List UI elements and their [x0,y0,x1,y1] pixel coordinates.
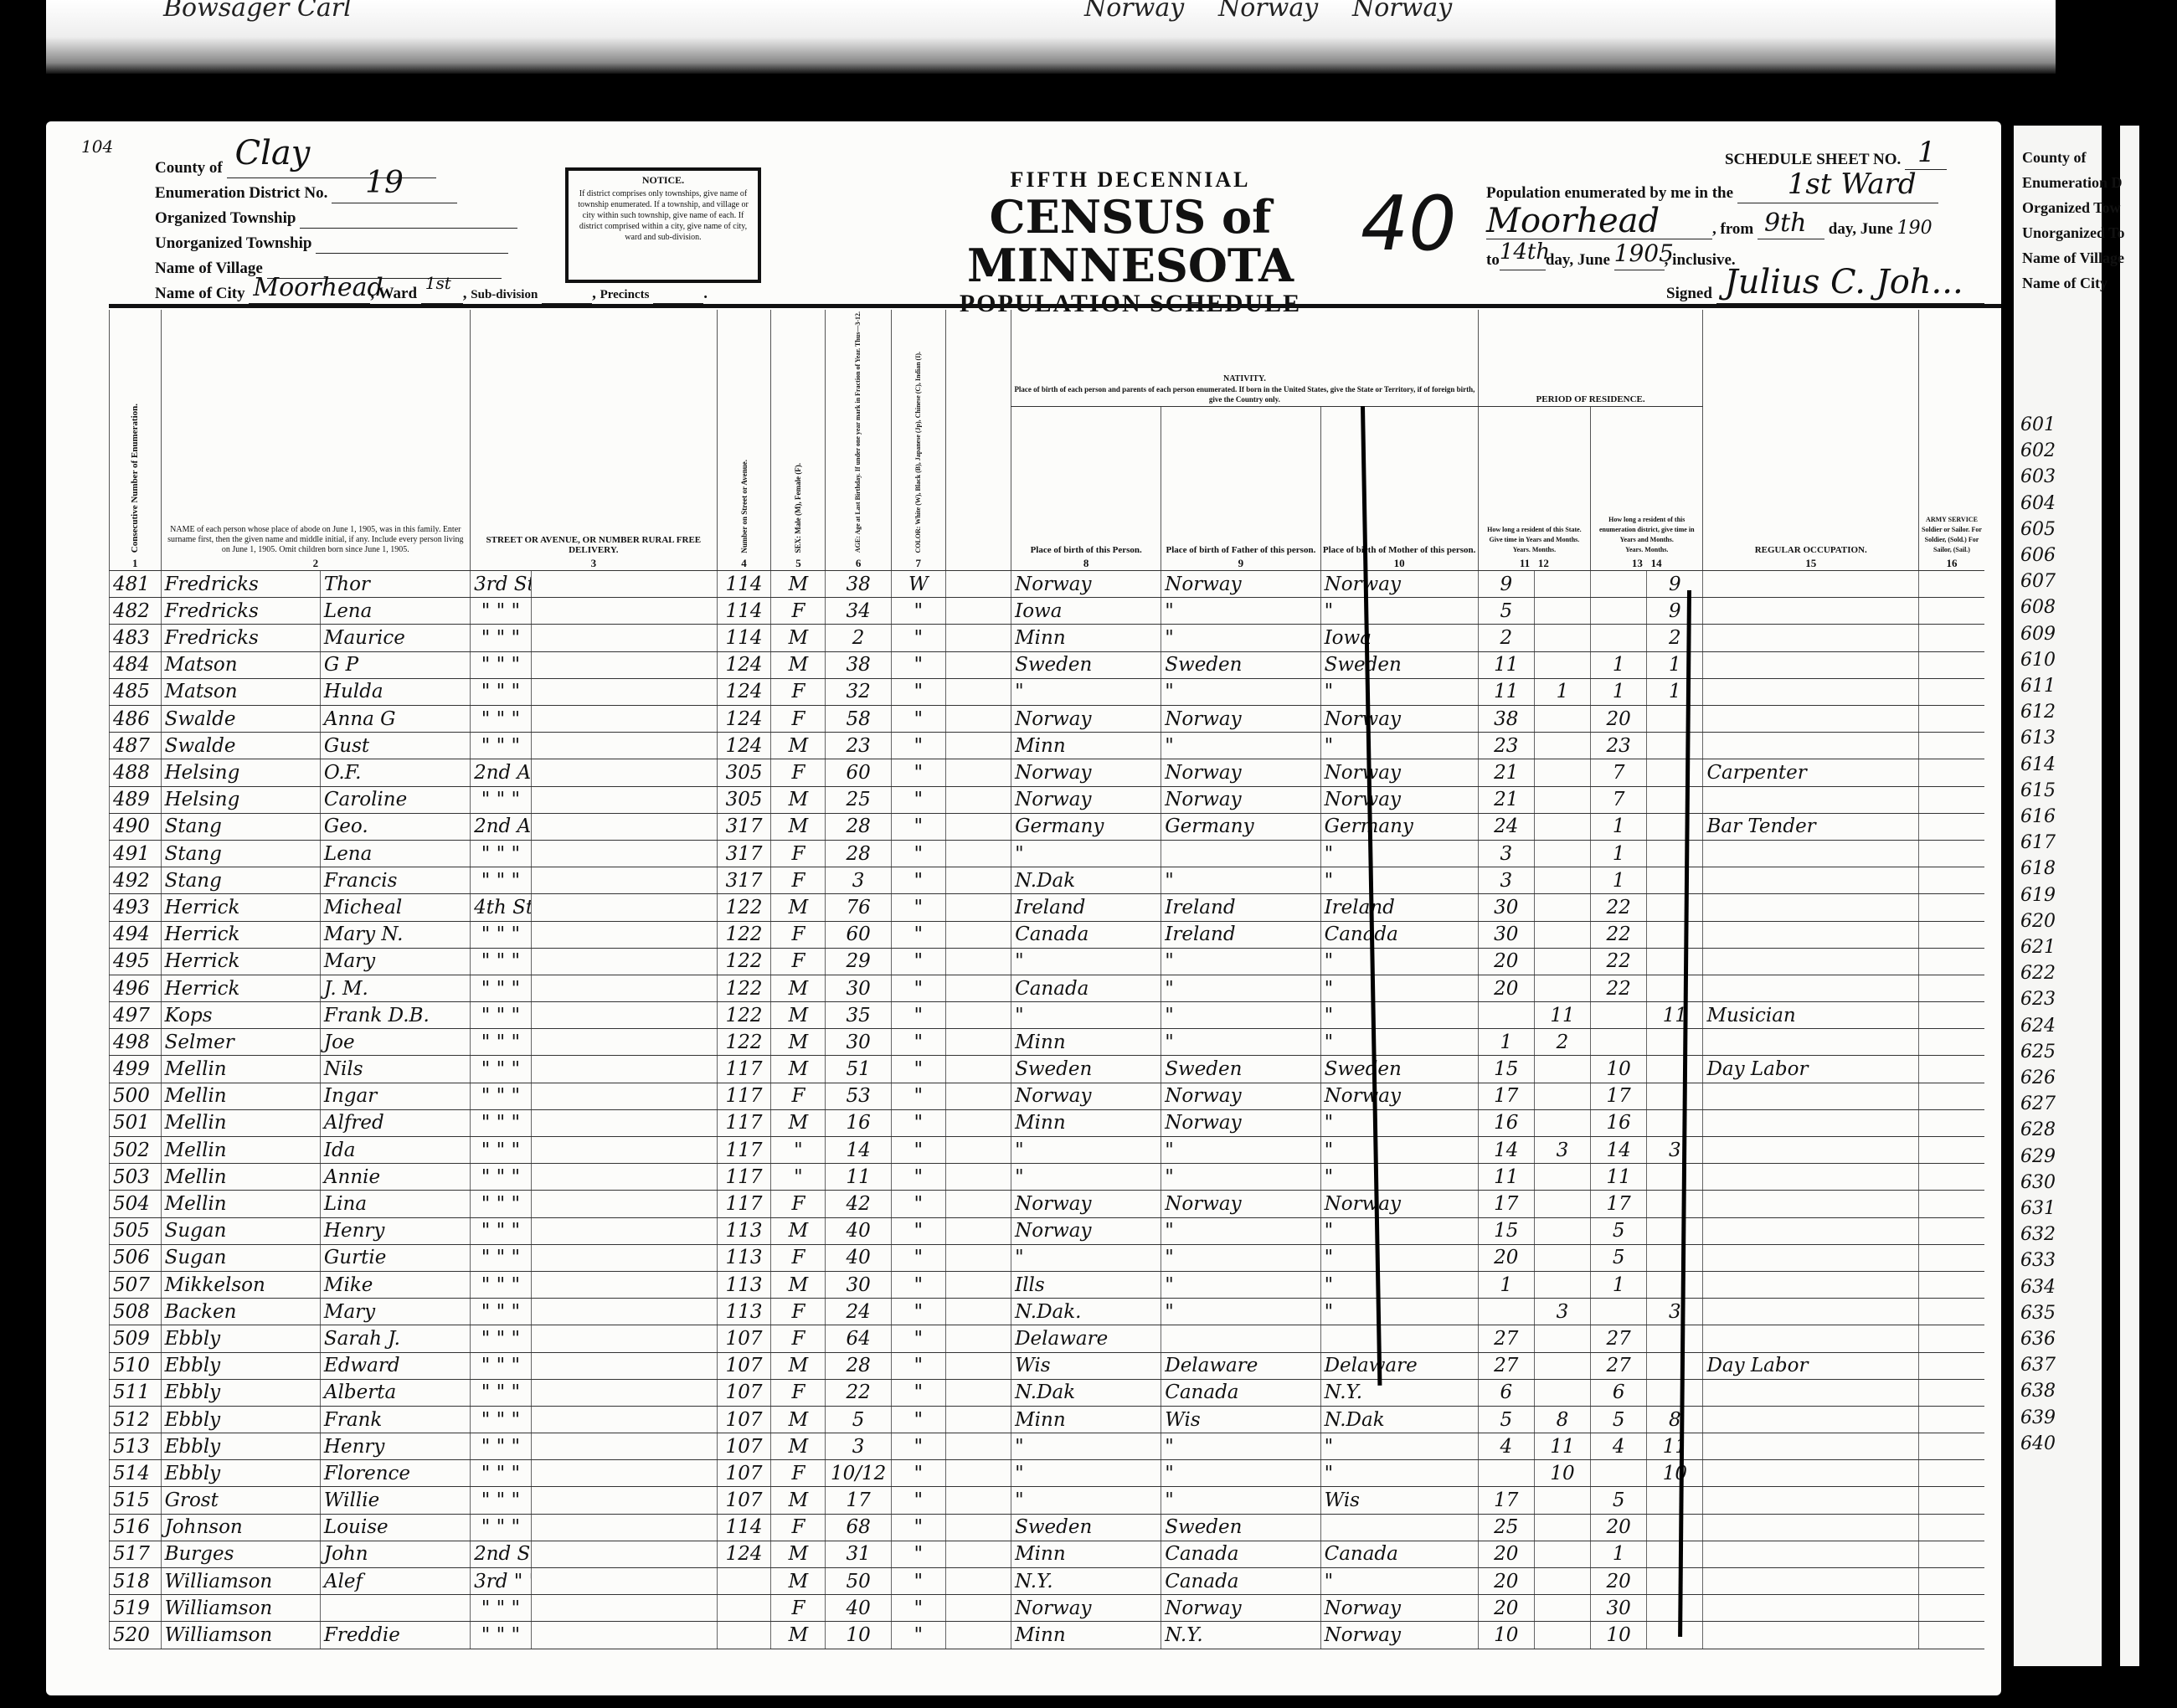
cell-given-name: Sarah J. [320,1325,470,1352]
next-sheet-row-number: 624 [2020,1016,2056,1037]
cell-row-number: 509 [110,1325,162,1352]
cell-sex: M [771,1541,826,1567]
cell-birthplace: Delaware [1011,1325,1161,1352]
cell-age: 50 [826,1568,891,1595]
cell-mother-birthplace: " [1320,1460,1478,1487]
cell-surname: Stang [161,813,320,840]
notice-title: NOTICE. [575,175,751,186]
cell-age: 38 [826,651,891,678]
cell-house-number: 117 [717,1191,771,1217]
cell-blank [945,1541,1011,1567]
cell-district-months [1647,867,1703,894]
cell-surname: Ebbly [161,1379,320,1406]
table-row: 511EbblyAlberta" " "107F22"N.DakCanadaN.… [110,1379,1985,1406]
cell-color: " [891,1379,945,1406]
cell-house-number [717,1622,771,1649]
cell-street: " " " [471,1137,532,1164]
cell-district-months: 11 [1647,1433,1703,1460]
cell-street: " " " [471,1379,532,1406]
cell-state-years [1478,1460,1534,1487]
cell-blank [945,1433,1011,1460]
cell-father-birthplace: " [1161,948,1320,975]
cell-occupation [1703,651,1919,678]
cell-color: " [891,1514,945,1541]
cell-color: " [891,1002,945,1029]
cell-state-years: 1 [1478,1029,1534,1056]
cell-father-birthplace: Canada [1161,1568,1320,1595]
cell-state-months [1534,625,1590,651]
cell-birthplace: Norway [1011,1083,1161,1109]
cell-district-years [1591,625,1647,651]
cell-row-number: 512 [110,1406,162,1433]
cell-blank [1918,1109,1984,1136]
next-sheet-row-number: 603 [2020,466,2056,487]
cell-sex: M [771,786,826,813]
cell-given-name: Caroline [320,786,470,813]
cell-blank [945,678,1011,705]
cell-blank [531,571,717,598]
cell-color: " [891,598,945,625]
cell-mother-birthplace: Norway [1320,1622,1478,1649]
cell-birthplace: Wis [1011,1352,1161,1379]
previous-sheet-name: Bowsager Carl [163,0,352,23]
city-value: Moorhead [253,273,383,302]
cell-mother-birthplace: " [1320,1217,1478,1244]
cell-blank [945,1514,1011,1541]
cell-mother-birthplace: " [1320,1271,1478,1298]
cell-age: 14 [826,1137,891,1164]
cell-house-number: 305 [717,759,771,786]
cell-sex: " [771,1164,826,1191]
cell-blank [1918,1002,1984,1029]
next-sheet-label: Name of Village [2022,250,2124,267]
cell-mother-birthplace: Canada [1320,1541,1478,1567]
cell-house-number: 317 [717,813,771,840]
cell-blank [1918,1595,1984,1622]
next-sheet-row-number: 623 [2020,989,2056,1010]
cell-house-number: 114 [717,625,771,651]
cell-state-months [1534,571,1590,598]
cell-given-name: Lena [320,598,470,625]
cell-father-birthplace: " [1161,1002,1320,1029]
cell-state-months [1534,1164,1590,1191]
cell-blank [945,1217,1011,1244]
cell-street: " " " [471,786,532,813]
cell-sex: F [771,1083,826,1109]
cell-father-birthplace: " [1161,598,1320,625]
cell-state-months [1534,759,1590,786]
cell-mother-birthplace: N.Y. [1320,1379,1478,1406]
cell-sex: M [771,1002,826,1029]
cell-birthplace: Canada [1011,921,1161,948]
cell-mother-birthplace [1320,1514,1478,1541]
cell-district-months [1647,1109,1703,1136]
cell-age: 53 [826,1083,891,1109]
cell-row-number: 503 [110,1164,162,1191]
cell-blank [1918,867,1984,894]
cell-state-months [1534,975,1590,1001]
cell-row-number: 482 [110,598,162,625]
cell-sex: M [771,625,826,651]
cell-house-number: 122 [717,975,771,1001]
cell-state-years: 20 [1478,1244,1534,1271]
cell-blank [945,786,1011,813]
cell-row-number: 506 [110,1244,162,1271]
cell-state-months: 10 [1534,1460,1590,1487]
cell-blank [531,813,717,840]
cell-occupation [1703,598,1919,625]
cell-blank [531,759,717,786]
cell-street: " " " [471,1217,532,1244]
cell-state-years: 17 [1478,1487,1534,1514]
cell-district-years: 17 [1591,1083,1647,1109]
cell-father-birthplace: Norway [1161,759,1320,786]
cell-sex: M [771,1352,826,1379]
cell-street: " " " [471,733,532,759]
next-sheet-row-number: 602 [2020,440,2056,461]
cell-district-years [1591,1460,1647,1487]
cell-district-years: 5 [1591,1244,1647,1271]
cell-color: " [891,1137,945,1164]
cell-age: 60 [826,921,891,948]
cell-color: " [891,1191,945,1217]
cell-district-years: 4 [1591,1433,1647,1460]
cell-sex: M [771,571,826,598]
cell-blank [945,921,1011,948]
cell-color: " [891,1083,945,1109]
cell-given-name: O.F. [320,759,470,786]
cell-row-number: 491 [110,840,162,867]
next-sheet-row-number: 606 [2020,545,2056,566]
cell-age: 58 [826,706,891,733]
cell-sex: F [771,1514,826,1541]
cell-father-birthplace: " [1161,1244,1320,1271]
cell-street: " " " [471,651,532,678]
cell-father-birthplace: " [1161,1433,1320,1460]
cell-blank [531,1460,717,1487]
table-row: 485MatsonHulda" " "124F32""""11111 [110,678,1985,705]
cell-state-years: 30 [1478,921,1534,948]
cell-surname: Fredricks [161,625,320,651]
cell-blank [1918,1191,1984,1217]
from-year: 190 [1897,218,1933,239]
cell-state-months: 2 [1534,1029,1590,1056]
cell-father-birthplace: " [1161,1217,1320,1244]
cell-father-birthplace: Norway [1161,786,1320,813]
next-sheet-row-number: 614 [2020,754,2056,775]
cell-blank [945,1460,1011,1487]
cell-age: 35 [826,1002,891,1029]
cell-blank [531,1568,717,1595]
cell-occupation [1703,1029,1919,1056]
cell-house-number: 113 [717,1217,771,1244]
cell-color: " [891,786,945,813]
cell-mother-birthplace: " [1320,1002,1478,1029]
cell-birthplace: Ills [1011,1271,1161,1298]
cell-occupation [1703,1299,1919,1325]
cell-father-birthplace: " [1161,1137,1320,1164]
cell-sex: F [771,1379,826,1406]
cell-given-name: Frank D.B. [320,1002,470,1029]
cell-district-months: 8 [1647,1406,1703,1433]
cell-district-months [1647,1352,1703,1379]
cell-district-months [1647,921,1703,948]
col-header-4: Number on Street or Avenue.4 [717,310,771,571]
table-row: 518WilliamsonAlef3rd " "M50"N.Y.Canada"2… [110,1568,1985,1595]
table-row: 491StangLena" " "317F28"""31 [110,840,1985,867]
cell-given-name: Alberta [320,1379,470,1406]
cell-occupation [1703,1137,1919,1164]
next-sheet-row-number: 618 [2020,858,2056,879]
cell-sex: M [771,1109,826,1136]
county-value: Clay [235,134,311,172]
cell-blank [1918,921,1984,948]
cell-color: " [891,1460,945,1487]
cell-blank [1918,1299,1984,1325]
cell-age: 76 [826,894,891,921]
cell-color: " [891,706,945,733]
cell-mother-birthplace: " [1320,1244,1478,1271]
cell-district-months [1647,1217,1703,1244]
cell-row-number: 508 [110,1299,162,1325]
form-title: FIFTH DECENNIAL CENSUS of MINNESOTA POPU… [829,167,1432,318]
cell-birthplace: Sweden [1011,1514,1161,1541]
cell-age: 42 [826,1191,891,1217]
next-sheet-row-number: 630 [2020,1172,2056,1193]
cell-state-years: 3 [1478,840,1534,867]
cell-state-months [1534,651,1590,678]
cell-surname: Williamson [161,1568,320,1595]
next-sheet-label: Organized Tow [2022,199,2121,217]
cell-state-months [1534,1325,1590,1352]
col-header-blank [945,310,1011,571]
cell-mother-birthplace: " [1320,1568,1478,1595]
col-header-11-12: How long a resident of this State. Give … [1478,406,1590,570]
cell-district-months: 1 [1647,678,1703,705]
cell-sex: F [771,1244,826,1271]
col-header-13-14: How long a resident of this enumeration … [1591,406,1703,570]
cell-row-number: 488 [110,759,162,786]
cell-street: " " " [471,1299,532,1325]
next-sheet-label: Unorganized To [2022,224,2125,242]
cell-district-years: 23 [1591,733,1647,759]
cell-blank [1918,1514,1984,1541]
cell-age: 68 [826,1514,891,1541]
next-sheet-row-number: 621 [2020,937,2056,958]
cell-blank [945,1325,1011,1352]
cell-blank [1918,598,1984,625]
cell-district-months: 3 [1647,1137,1703,1164]
cell-given-name: Hulda [320,678,470,705]
cell-father-birthplace: N.Y. [1161,1622,1320,1649]
cell-occupation [1703,840,1919,867]
cell-house-number: 107 [717,1352,771,1379]
next-sheet-row-number: 607 [2020,571,2056,592]
cell-father-birthplace: " [1161,625,1320,651]
cell-blank [945,1622,1011,1649]
cell-color: " [891,625,945,651]
table-row: 498SelmerJoe" " "122M30"Minn""12 [110,1029,1985,1056]
cell-house-number: 122 [717,894,771,921]
cell-district-months [1647,1244,1703,1271]
cell-row-number: 494 [110,921,162,948]
cell-district-months: 2 [1647,625,1703,651]
cell-blank [1918,948,1984,975]
cell-color: " [891,1352,945,1379]
cell-row-number: 486 [110,706,162,733]
cell-surname: Herrick [161,975,320,1001]
cell-house-number: 117 [717,1137,771,1164]
cell-blank [1918,1325,1984,1352]
cell-occupation [1703,1164,1919,1191]
cell-row-number: 483 [110,625,162,651]
cell-sex: F [771,867,826,894]
cell-row-number: 518 [110,1568,162,1595]
cell-blank [1918,1083,1984,1109]
table-row: 496HerrickJ. M." " "122M30"Canada""2022 [110,975,1985,1001]
cell-occupation [1703,571,1919,598]
cell-birthplace: Sweden [1011,1056,1161,1083]
cell-given-name: John [320,1541,470,1567]
cell-sex: F [771,921,826,948]
cell-blank [1918,651,1984,678]
table-row: 510EbblyEdward" " "107M28"WisDelawareDel… [110,1352,1985,1379]
cell-age: 40 [826,1217,891,1244]
cell-occupation: Bar Tender [1703,813,1919,840]
cell-mother-birthplace [1320,1325,1478,1352]
cell-district-years: 27 [1591,1325,1647,1352]
cell-given-name: Willie [320,1487,470,1514]
cell-sex: F [771,1325,826,1352]
cell-street: " " " [471,1109,532,1136]
cell-surname: Mellin [161,1164,320,1191]
cell-state-years: 15 [1478,1217,1534,1244]
cell-color: " [891,1541,945,1567]
cell-age: 30 [826,1029,891,1056]
cell-birthplace: Minn [1011,1029,1161,1056]
cell-birthplace: Sweden [1011,651,1161,678]
cell-age: 40 [826,1595,891,1622]
cell-blank [1918,1137,1984,1164]
cell-surname: Ebbly [161,1406,320,1433]
cell-blank [1918,786,1984,813]
cell-birthplace: Minn [1011,1622,1161,1649]
cell-state-years: 30 [1478,894,1534,921]
cell-surname: Herrick [161,894,320,921]
cell-occupation [1703,1379,1919,1406]
cell-state-months [1534,1109,1590,1136]
cell-district-years: 22 [1591,894,1647,921]
residence-group-header: PERIOD OF RESIDENCE. [1478,310,1703,406]
col-header-9: Place of birth of Father of this person.… [1161,406,1320,570]
cell-surname: Selmer [161,1029,320,1056]
cell-father-birthplace: " [1161,1460,1320,1487]
cell-street: " " " [471,1271,532,1298]
cell-surname: Mellin [161,1109,320,1136]
cell-row-number: 511 [110,1379,162,1406]
cell-state-years: 21 [1478,759,1534,786]
cell-surname: Sugan [161,1244,320,1271]
cell-state-years: 2 [1478,625,1534,651]
cell-age: 22 [826,1379,891,1406]
cell-father-birthplace: " [1161,733,1320,759]
table-row: 501MellinAlfred" " "117M16"MinnNorway"16… [110,1109,1985,1136]
cell-mother-birthplace: Norway [1320,759,1478,786]
cell-surname: Mellin [161,1056,320,1083]
cell-mother-birthplace: Norway [1320,1191,1478,1217]
table-row: 505SuganHenry" " "113M40"Norway""155 [110,1217,1985,1244]
cell-sex: M [771,1406,826,1433]
cell-state-years: 14 [1478,1137,1534,1164]
cell-district-months [1647,1379,1703,1406]
cell-state-years: 20 [1478,1568,1534,1595]
cell-color: " [891,1217,945,1244]
next-sheet-label: Name of City [2022,275,2108,292]
cell-district-months [1647,1325,1703,1352]
cell-father-birthplace: Sweden [1161,651,1320,678]
col-header-5: SEX: Male (M), Female (F).5 [771,310,826,571]
cell-blank [945,733,1011,759]
table-row: 490StangGeo.2nd Ave N.317M28"GermanyGerm… [110,813,1985,840]
cell-mother-birthplace: " [1320,678,1478,705]
cell-father-birthplace: " [1161,867,1320,894]
table-row: 507MikkelsonMike" " "113M30"Ills""11 [110,1271,1985,1298]
cell-mother-birthplace: " [1320,1029,1478,1056]
cell-color: W [891,571,945,598]
cell-state-years: 5 [1478,598,1534,625]
header-right: SCHEDULE SHEET NO. 1 Population enumerat… [1486,151,1997,318]
cell-birthplace: Norway [1011,759,1161,786]
cell-district-years: 20 [1591,706,1647,733]
cell-mother-birthplace: " [1320,867,1478,894]
cell-given-name: Annie [320,1164,470,1191]
cell-given-name: Mary [320,948,470,975]
cell-color: " [891,975,945,1001]
cell-district-years: 6 [1591,1379,1647,1406]
cell-district-years: 5 [1591,1406,1647,1433]
table-row: 493HerrickMicheal4th Street N.122M76"Ire… [110,894,1985,921]
cell-blank [1918,706,1984,733]
next-sheet-row-number: 636 [2020,1329,2056,1350]
col-header-15: REGULAR OCCUPATION.15 [1703,310,1919,571]
notice-box: NOTICE. If district comprises only towns… [565,167,761,283]
cell-father-birthplace: Sweden [1161,1514,1320,1541]
from-day: 9th [1764,208,1806,238]
next-sheet-label: Enumeration D [2022,174,2123,192]
population-schedule-table: Consecutive Number of Enumeration.1 NAME… [109,310,1984,1649]
cell-state-months [1534,706,1590,733]
cell-color: " [891,813,945,840]
cell-house-number: 122 [717,1029,771,1056]
cell-occupation [1703,1406,1919,1433]
cell-blank [945,894,1011,921]
cell-birthplace: Iowa [1011,598,1161,625]
next-sheet-row-number: 620 [2020,911,2056,932]
cell-blank [945,759,1011,786]
cell-color: " [891,1029,945,1056]
cell-house-number: 117 [717,1164,771,1191]
table-row: 519Williamson" " "F40"NorwayNorwayNorway… [110,1595,1985,1622]
cell-age: 40 [826,1244,891,1271]
cell-birthplace: " [1011,1164,1161,1191]
cell-row-number: 501 [110,1109,162,1136]
cell-house-number: 122 [717,921,771,948]
cell-color: " [891,894,945,921]
cell-district-years: 1 [1591,813,1647,840]
next-sheet-label: County of [2022,149,2087,167]
cell-given-name: G P [320,651,470,678]
cell-blank [1918,733,1984,759]
